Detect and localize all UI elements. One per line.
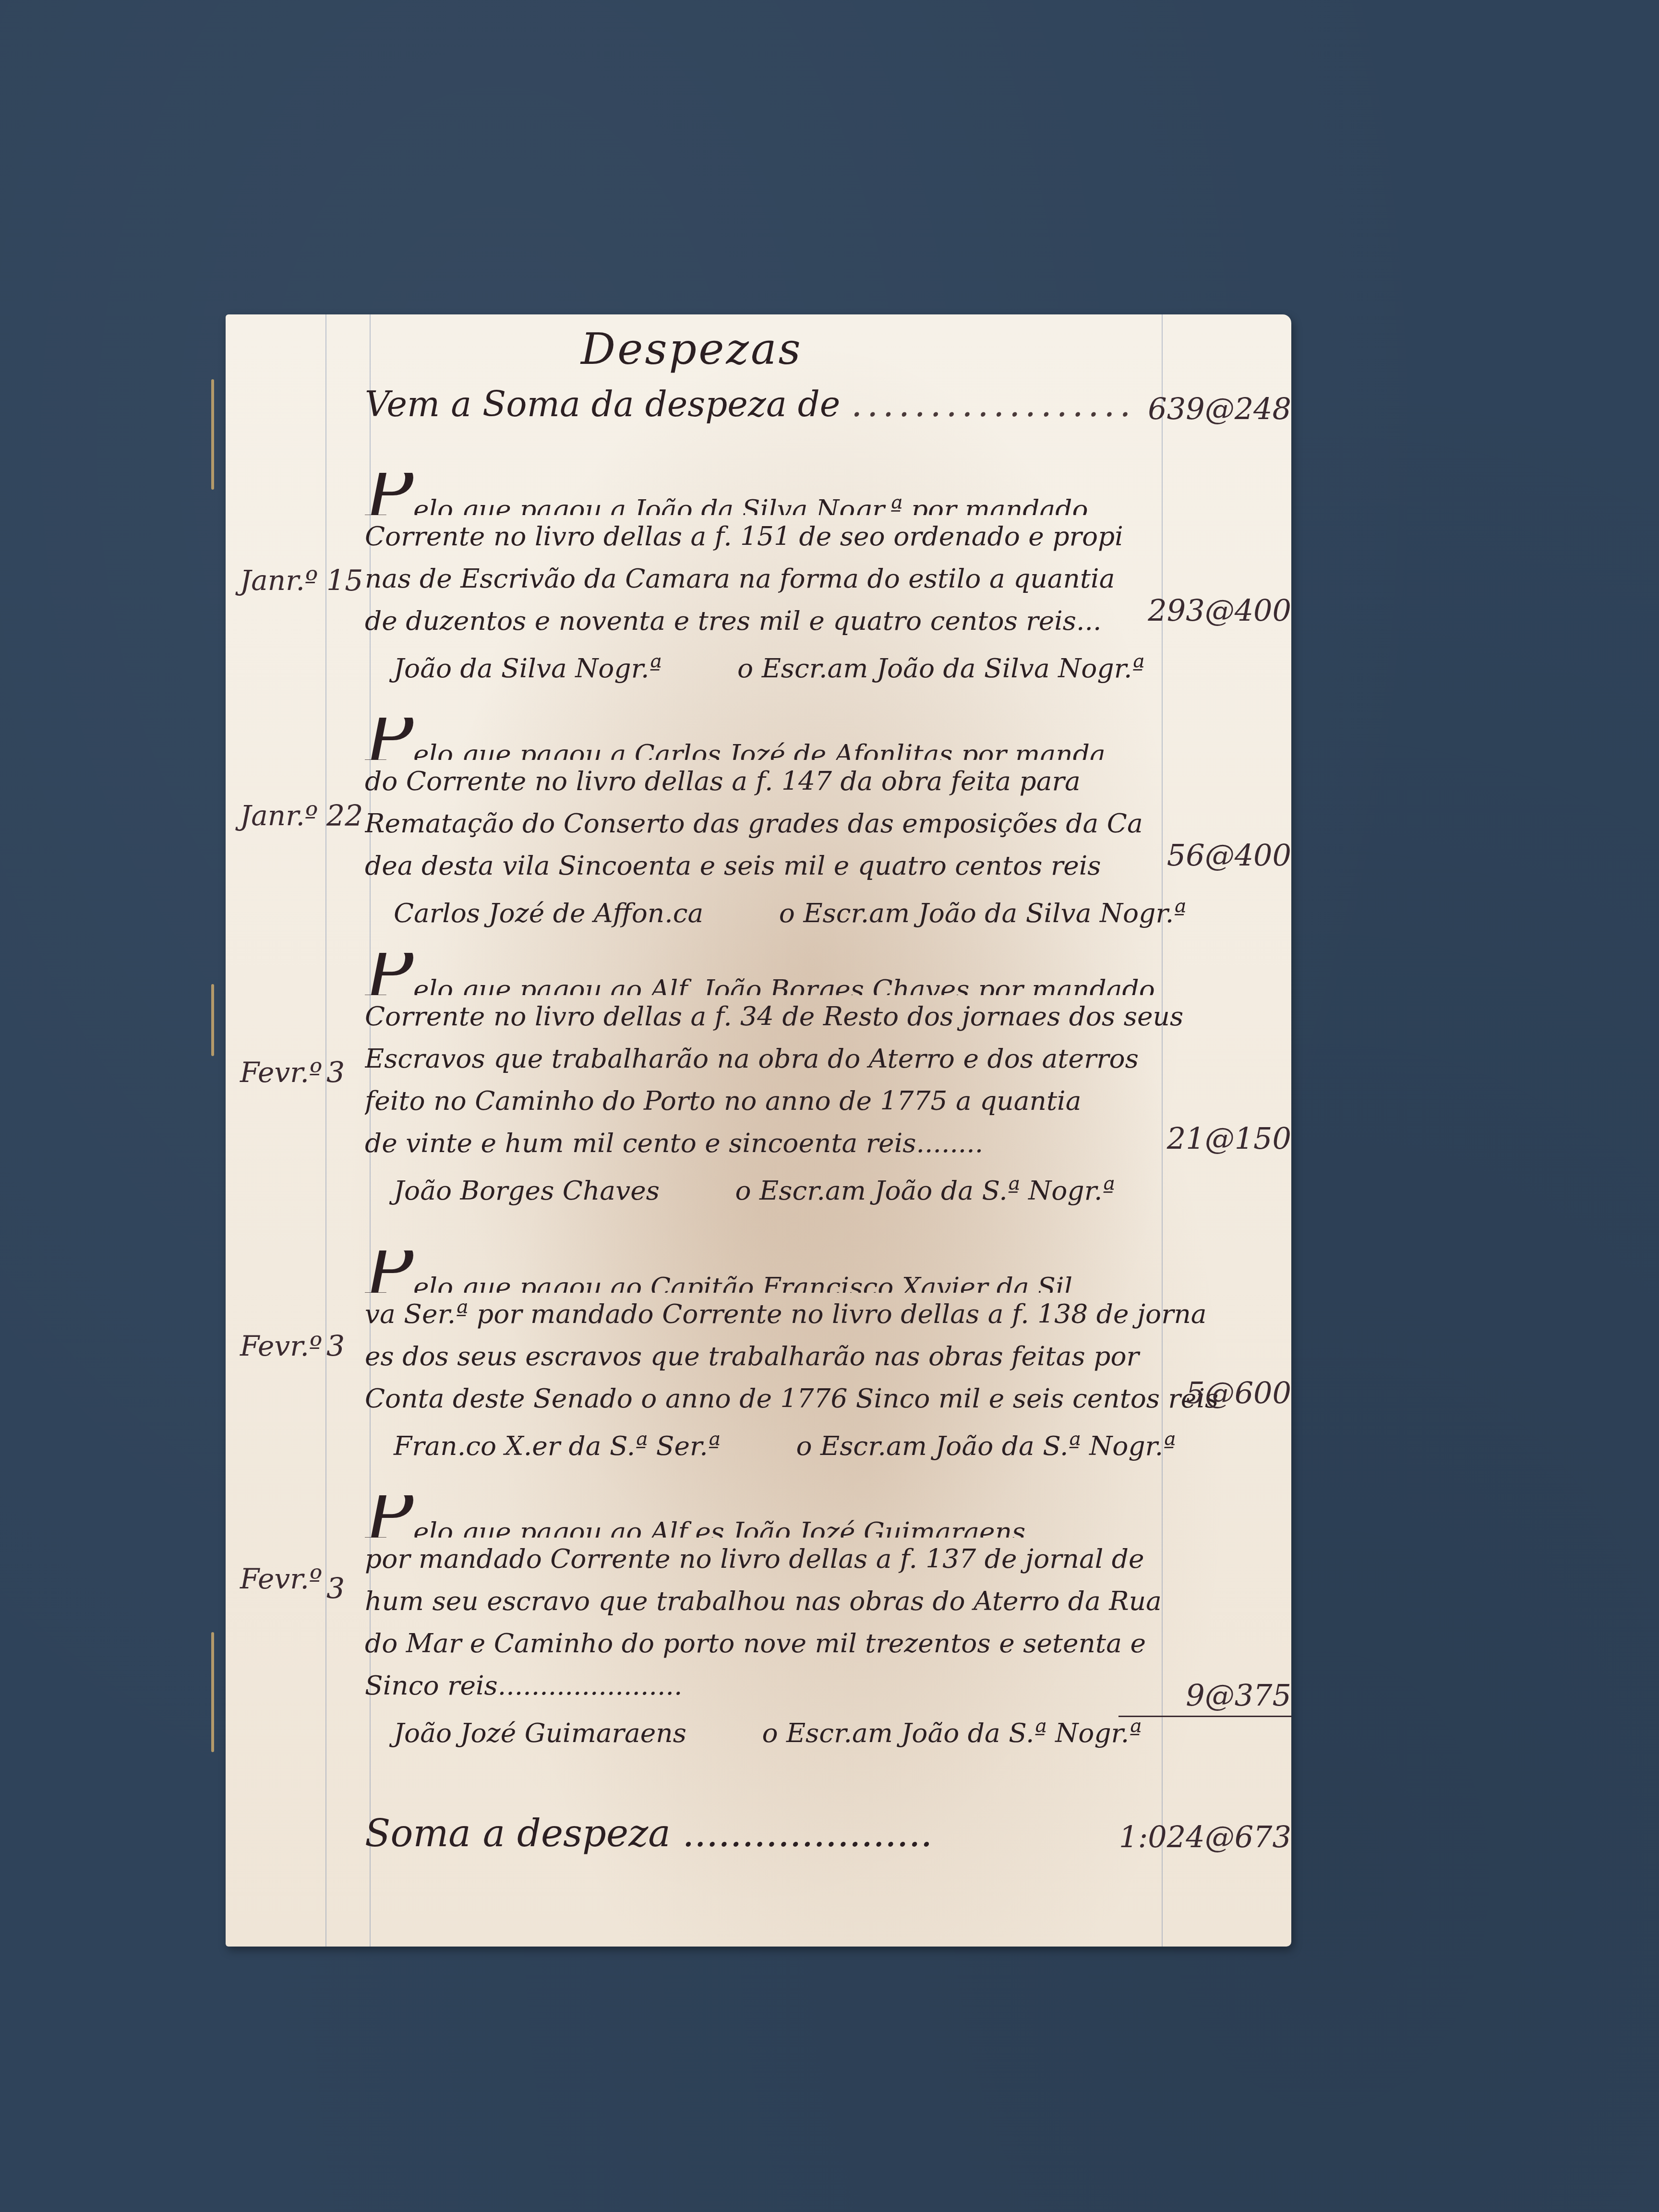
entry-amount: 5@600 (1118, 1375, 1291, 1410)
entry-line: nas de Escrivão da Camara na forma do es… (365, 557, 1243, 600)
payee-signature: João da Silva Nogr.ª (394, 642, 662, 695)
signature-line: João Jozé Guimaraens o Escr.am João da S… (365, 1707, 1243, 1759)
total-line: Soma a despeza ..................... (365, 1812, 932, 1855)
entry-line: feito no Caminho do Porto no anno de 177… (365, 1080, 1243, 1122)
payee-signature: João Jozé Guimaraens (394, 1707, 686, 1759)
entry-line: Escravos que trabalharão na obra do Ater… (365, 1037, 1243, 1080)
payee-signature: Fran.co X.er da S.ª Ser.ª (394, 1419, 721, 1472)
entry-line: Pelo que pagou ao Capitão Francisco Xavi… (365, 1250, 1243, 1293)
entry-line: do Mar e Caminho do porto nove mil treze… (365, 1622, 1243, 1664)
entry-month: Janr.º (240, 564, 318, 597)
entry-line: Conta deste Senado o anno de 1776 Sinco … (365, 1377, 1243, 1419)
entry-line: es dos seus escravos que trabalharão nas… (365, 1335, 1243, 1377)
entry-line: Sinco reis...................... (365, 1664, 1243, 1707)
total-amount: 1:024@673 (1118, 1819, 1291, 1854)
clerk-signature: o Escr.am João da Silva Nogr.ª (779, 887, 1186, 939)
entry-line: Pelo que pagou a Carlos Jozé de Afonlita… (365, 718, 1243, 760)
entry-month: Fevr.º (240, 1330, 322, 1362)
entry-line: Pelo que pagou ao Alf. João Borges Chave… (365, 953, 1243, 995)
clerk-signature: o Escr.am João da S.ª Nogr.ª (762, 1707, 1142, 1759)
entry-line: hum seu escravo que trabalhou nas obras … (365, 1580, 1243, 1622)
entry-line: Corrente no livro dellas a f. 34 de Rest… (365, 995, 1243, 1037)
entry-amount: 9@375 (1118, 1678, 1291, 1717)
entry-day: 3 (326, 1572, 345, 1606)
entry-day: 3 (326, 1056, 345, 1090)
entry-month: Fevr.º (240, 1563, 322, 1595)
entry-line: por mandado Corrente no livro dellas a f… (365, 1538, 1243, 1580)
carry-forward-amount: 639@248 (1118, 391, 1291, 426)
binding-thread (211, 379, 214, 490)
carry-forward-label: Vem a Soma da despeza de (365, 384, 840, 424)
margin-rule-left (325, 314, 326, 1947)
entry-day: 22 (326, 799, 363, 833)
clerk-signature: o Escr.am João da S.ª Nogr.ª (735, 1164, 1115, 1217)
carry-forward-line: Vem a Soma da despeza de ...............… (365, 384, 1135, 424)
entry-line: do Corrente no livro dellas a f. 147 da … (365, 760, 1243, 802)
entry-day: 15 (326, 564, 363, 598)
signature-line: João da Silva Nogr.ª o Escr.am João da S… (365, 642, 1243, 695)
ledger-entry: Pelo que pagou ao Alf. João Borges Chave… (365, 953, 1243, 1217)
ledger-entry: Pelo que pagou a Carlos Jozé de Afonlita… (365, 718, 1243, 939)
page-title: Despezas (581, 324, 803, 374)
binding-thread (211, 1632, 214, 1752)
entry-month: Fevr.º (240, 1056, 322, 1089)
entry-line: de vinte e hum mil cento e sincoenta rei… (365, 1122, 1243, 1164)
entry-month: Janr.º (240, 799, 318, 832)
leader-dots: ..................... (683, 1812, 933, 1855)
signature-line: Carlos Jozé de Affon.ca o Escr.am João d… (365, 887, 1243, 939)
leader-dots: .................. (851, 384, 1135, 424)
entry-line: va Ser.ª por mandado Corrente no livro d… (365, 1293, 1243, 1335)
manuscript-page: Despezas Vem a Soma da despeza de ......… (226, 314, 1291, 1947)
entry-line: Pelo que pagou ao Alf.es João Jozé Guima… (365, 1495, 1243, 1538)
payee-signature: Carlos Jozé de Affon.ca (394, 887, 703, 939)
ledger-entry: Pelo que pagou a João da Silva Nogr.ª po… (365, 473, 1243, 695)
entry-day: 3 (326, 1330, 345, 1363)
entry-line: Rematação do Conserto das grades das emp… (365, 802, 1243, 844)
signature-line: Fran.co X.er da S.ª Ser.ª o Escr.am João… (365, 1419, 1243, 1472)
entry-amount: 21@150 (1118, 1121, 1291, 1156)
binding-thread (211, 984, 214, 1056)
ledger-entry: Pelo que pagou ao Alf.es João Jozé Guima… (365, 1495, 1243, 1759)
entry-amount: 293@400 (1118, 593, 1291, 628)
clerk-signature: o Escr.am João da S.ª Nogr.ª (796, 1419, 1176, 1472)
entry-line: Pelo que pagou a João da Silva Nogr.ª po… (365, 473, 1243, 515)
entry-line: dea desta vila Sincoenta e seis mil e qu… (365, 844, 1243, 887)
total-label: Soma a despeza (365, 1812, 671, 1855)
clerk-signature: o Escr.am João da Silva Nogr.ª (737, 642, 1144, 695)
entry-line: Corrente no livro dellas a f. 151 de seo… (365, 515, 1243, 557)
ledger-entry: Pelo que pagou ao Capitão Francisco Xavi… (365, 1250, 1243, 1472)
signature-line: João Borges Chaves o Escr.am João da S.ª… (365, 1164, 1243, 1217)
entry-line: de duzentos e noventa e tres mil e quatr… (365, 600, 1243, 642)
entry-amount: 56@400 (1118, 838, 1291, 873)
payee-signature: João Borges Chaves (394, 1164, 660, 1217)
